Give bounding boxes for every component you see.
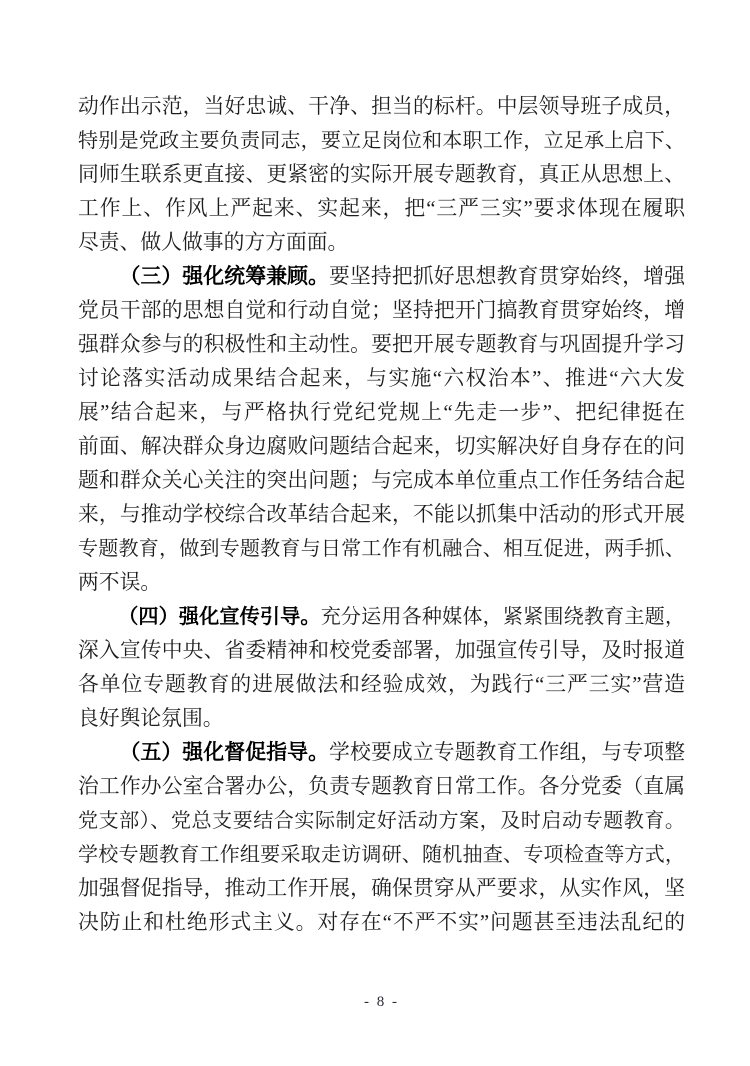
body-text: 治工作办公室合署办公，负责专题教育日常工作。各分党委（直属 xyxy=(78,775,685,798)
body-text: 前面、解决群众身边腐败问题结合起来，切实解决好自身存在的问 xyxy=(78,435,685,458)
document-body: 动作出示范，当好忠诚、干净、担当的标杆。中层领导班子成员，特别是党政主要负责同志… xyxy=(78,90,685,940)
text-line: 各单位专题教育的进展做法和经验成效，为践行“三严三实”营造 xyxy=(78,668,685,702)
text-line: 工作上、作风上严起来、实起来，把“三严三实”要求体现在履职 xyxy=(78,192,685,226)
body-text: 同师生联系更直接、更紧密的实际开展专题教育，真正从思想上、 xyxy=(78,163,685,186)
body-text: 两不误。 xyxy=(78,571,161,594)
body-text: 良好舆论氛围。 xyxy=(78,707,224,730)
body-text: 加强督促指导，推动工作开展，确保贯穿从严要求，从实作风，坚 xyxy=(78,877,685,900)
document-page: 动作出示范，当好忠诚、干净、担当的标杆。中层领导班子成员，特别是党政主要负责同志… xyxy=(0,0,750,1066)
body-text: 专题教育，做到专题教育与日常工作有机融合、相互促进，两手抓、 xyxy=(78,538,685,560)
body-text: 动作出示范，当好忠诚、干净、担当的标杆。中层领导班子成员， xyxy=(78,95,685,118)
text-line: 讨论落实活动成果结合起来，与实施“六权治本”、推进“六大发 xyxy=(78,362,685,396)
text-line: 两不误。 xyxy=(78,566,685,600)
body-text: 特别是党政主要负责同志，要立足岗位和本职工作，立足承上启下、 xyxy=(78,130,685,152)
text-line: 尽责、做人做事的方方面面。 xyxy=(78,226,685,260)
body-text: 学校要成立专题教育工作组，与专项整 xyxy=(329,741,685,764)
body-text: 强群众参与的积极性和主动性。要把开展专题教育与巩固提升学习 xyxy=(78,333,685,356)
body-text: 党员干部的思想自觉和行动自觉；坚持把开门搞教育贯穿始终，增 xyxy=(78,299,685,322)
text-line: 专题教育，做到专题教育与日常工作有机融合、相互促进，两手抓、 xyxy=(78,532,685,566)
text-line: 同师生联系更直接、更紧密的实际开展专题教育，真正从思想上、 xyxy=(78,158,685,192)
text-line: 治工作办公室合署办公，负责专题教育日常工作。各分党委（直属 xyxy=(78,770,685,804)
body-text: 充分运用各种媒体，紧紧围绕教育主题， xyxy=(321,606,685,628)
text-line: 加强督促指导，推动工作开展，确保贯穿从严要求，从实作风，坚 xyxy=(78,872,685,906)
body-text: 党支部）、党总支要结合实际制定好活动方案，及时启动专题教育。 xyxy=(78,810,685,832)
text-line: 特别是党政主要负责同志，要立足岗位和本职工作，立足承上启下、 xyxy=(78,124,685,158)
text-line: （四）强化宣传引导。充分运用各种媒体，紧紧围绕教育主题， xyxy=(78,600,685,634)
text-line: 展”结合起来，与严格执行党纪党规上“先走一步”、把纪律挺在 xyxy=(78,396,685,430)
text-line: 党支部）、党总支要结合实际制定好活动方案，及时启动专题教育。 xyxy=(78,804,685,838)
body-text: 展”结合起来，与严格执行党纪党规上“先走一步”、把纪律挺在 xyxy=(78,401,685,424)
page-number: - 8 - xyxy=(78,991,685,1013)
text-line: 题和群众关心关注的突出问题；与完成本单位重点工作任务结合起 xyxy=(78,464,685,498)
text-line: 学校专题教育工作组要采取走访调研、随机抽查、专项检查等方式， xyxy=(78,838,685,872)
section-heading: （三）强化统筹兼顾。 xyxy=(120,265,329,288)
body-text: 工作上、作风上严起来、实起来，把“三严三实”要求体现在履职 xyxy=(78,197,685,220)
text-line: 动作出示范，当好忠诚、干净、担当的标杆。中层领导班子成员， xyxy=(78,90,685,124)
text-line: 党员干部的思想自觉和行动自觉；坚持把开门搞教育贯穿始终，增 xyxy=(78,294,685,328)
body-text: 各单位专题教育的进展做法和经验成效，为践行“三严三实”营造 xyxy=(78,673,685,696)
section-heading: （五）强化督促指导。 xyxy=(120,741,329,764)
body-text: 尽责、做人做事的方方面面。 xyxy=(78,231,348,254)
body-text: 深入宣传中央、省委精神和校党委部署，加强宣传引导，及时报道 xyxy=(78,639,685,662)
text-line: 来，与推动学校综合改革结合起来，不能以抓集中活动的形式开展 xyxy=(78,498,685,532)
body-text: 题和群众关心关注的突出问题；与完成本单位重点工作任务结合起 xyxy=(78,469,685,492)
text-line: 强群众参与的积极性和主动性。要把开展专题教育与巩固提升学习 xyxy=(78,328,685,362)
body-text: 学校专题教育工作组要采取走访调研、随机抽查、专项检查等方式， xyxy=(78,844,685,866)
body-text: 讨论落实活动成果结合起来，与实施“六权治本”、推进“六大发 xyxy=(78,367,685,390)
text-line: （五）强化督促指导。学校要成立专题教育工作组，与专项整 xyxy=(78,736,685,770)
text-line: （三）强化统筹兼顾。要坚持把抓好思想教育贯穿始终，增强 xyxy=(78,260,685,294)
text-line: 良好舆论氛围。 xyxy=(78,702,685,736)
text-line: 深入宣传中央、省委精神和校党委部署，加强宣传引导，及时报道 xyxy=(78,634,685,668)
body-text: 决防止和杜绝形式主义。对存在“不严不实”问题甚至违法乱纪的 xyxy=(78,911,685,934)
body-text: 来，与推动学校综合改革结合起来，不能以抓集中活动的形式开展 xyxy=(78,503,685,526)
body-text: 要坚持把抓好思想教育贯穿始终，增强 xyxy=(329,265,685,288)
text-line: 前面、解决群众身边腐败问题结合起来，切实解决好自身存在的问 xyxy=(78,430,685,464)
section-heading: （四）强化宣传引导。 xyxy=(118,606,321,628)
text-line: 决防止和杜绝形式主义。对存在“不严不实”问题甚至违法乱纪的 xyxy=(78,906,685,940)
